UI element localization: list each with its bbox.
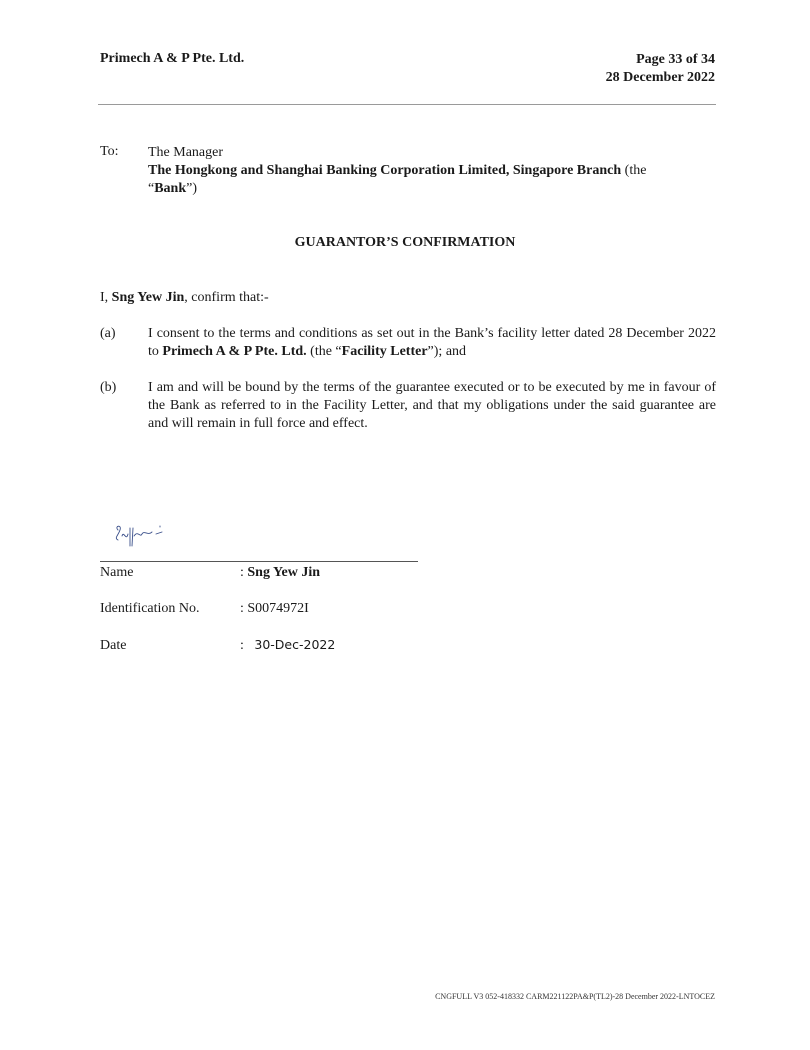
signature-line xyxy=(100,561,418,562)
document-title: GUARANTOR’S CONFIRMATION xyxy=(0,235,810,251)
document-reference-footer: CNGFULL V3 052-418332 CARM221122PA&P(TL2… xyxy=(435,992,715,1001)
clause-b: (b) I am and will be bound by the terms … xyxy=(100,379,716,433)
page-header-right: Page 33 of 34 28 December 2022 xyxy=(606,51,715,87)
id-field: Identification No.: S0074972I xyxy=(100,601,309,617)
company-name: Primech A & P Pte. Ltd. xyxy=(100,51,244,67)
name-value: Sng Yew Jin xyxy=(247,565,320,580)
signature-image xyxy=(112,520,172,550)
bank-name: The Hongkong and Shanghai Banking Corpor… xyxy=(148,163,621,178)
clause-label: (b) xyxy=(100,379,116,397)
date-field: Date: 30-Dec-2022 xyxy=(100,637,335,654)
addressee-block: The Manager The Hongkong and Shanghai Ba… xyxy=(148,144,716,198)
intro-statement: I, Sng Yew Jin, confirm that:- xyxy=(100,290,269,306)
clause-label: (a) xyxy=(100,325,116,343)
guarantor-name: Sng Yew Jin xyxy=(112,290,185,305)
name-field: Name: Sng Yew Jin xyxy=(100,565,320,581)
clause-a: (a) I consent to the terms and condition… xyxy=(100,325,716,361)
date-value: 30-Dec-2022 xyxy=(254,637,335,652)
header-date: 28 December 2022 xyxy=(606,69,715,87)
id-value: S0074972I xyxy=(247,601,308,616)
to-label: To: xyxy=(100,144,118,160)
addressee-line1: The Manager xyxy=(148,144,716,162)
header-divider xyxy=(98,104,716,105)
addressee-bank: The Hongkong and Shanghai Banking Corpor… xyxy=(148,162,716,180)
page-number: Page 33 of 34 xyxy=(606,51,715,69)
bank-short: Bank xyxy=(154,181,186,196)
